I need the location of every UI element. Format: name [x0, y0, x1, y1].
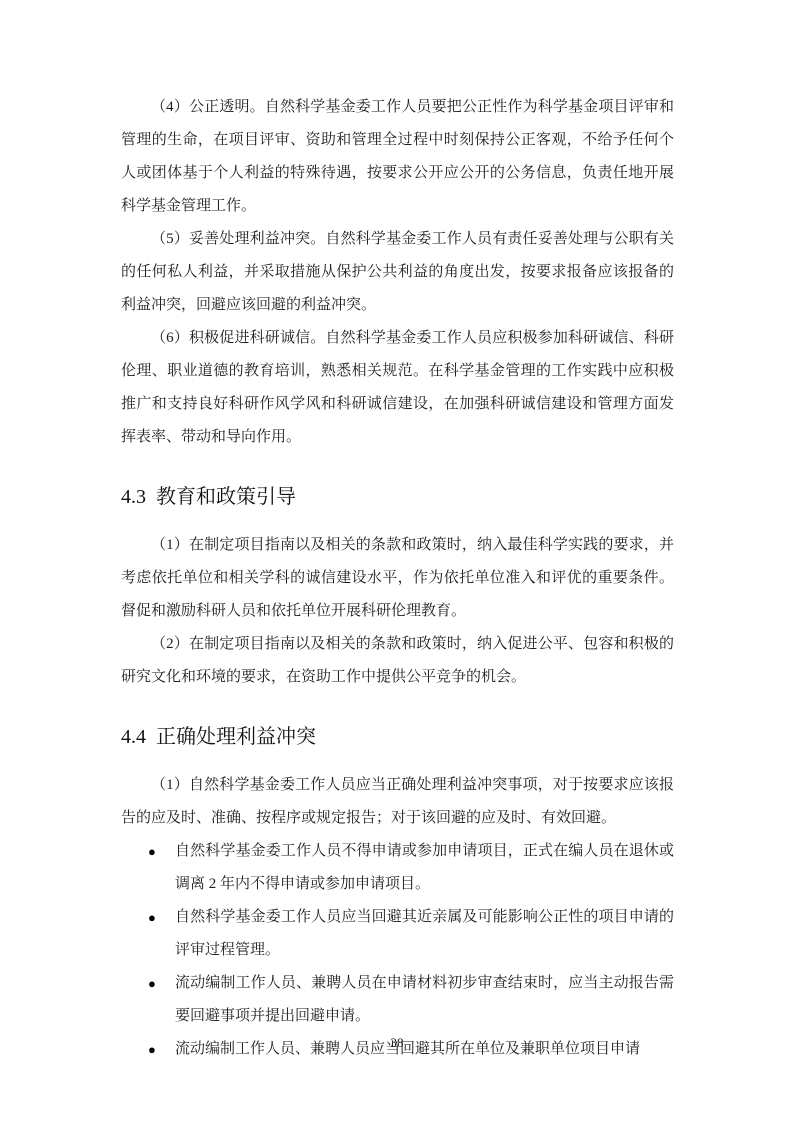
list-item-text: 自然科学基金委工作人员不得申请或参加申请项目，正式在编人员在退休或调离 2 年内…: [175, 843, 674, 892]
list-item-text: 自然科学基金委工作人员应当回避其近亲属及可能影响公正性的项目申请的评审过程管理。: [175, 909, 674, 958]
paragraph-4-3-1: （1）在制定项目指南以及相关的条款和政策时，纳入最佳科学实践的要求，并考虑依托单…: [121, 529, 674, 628]
section-heading-4-3: 4.3 教育和政策引导: [121, 482, 674, 512]
list-item: ● 自然科学基金委工作人员不得申请或参加申请项目，正式在编人员在退休或调离 2 …: [121, 835, 674, 901]
bullet-icon: ●: [148, 835, 156, 868]
paragraph-item-4: （4）公正透明。自然科学基金委工作人员要把公正性作为科学基金项目评审和管理的生命…: [121, 91, 674, 223]
paragraph-item-6: （6）积极促进科研诚信。自然科学基金委工作人员应积极参加科研诚信、科研伦理、职业…: [121, 322, 674, 454]
paragraph-item-5: （5）妥善处理利益冲突。自然科学基金委工作人员有责任妥善处理与公职有关的任何私人…: [121, 223, 674, 322]
section-heading-4-4: 4.4 正确处理利益冲突: [121, 722, 674, 752]
paragraph-4-4-1: （1）自然科学基金委工作人员应当正确处理利益冲突事项，对于按要求应该报告的应及时…: [121, 769, 674, 835]
document-page: （4）公正透明。自然科学基金委工作人员要把公正性作为科学基金项目评审和管理的生命…: [0, 0, 794, 1123]
list-item: ● 流动编制工作人员、兼聘人员在申请材料初步审查结束时，应当主动报告需要回避事项…: [121, 967, 674, 1033]
page-number: 38: [0, 1035, 794, 1051]
bullet-icon: ●: [148, 901, 156, 934]
list-item: ● 自然科学基金委工作人员应当回避其近亲属及可能影响公正性的项目申请的评审过程管…: [121, 901, 674, 967]
bullet-list: ● 自然科学基金委工作人员不得申请或参加申请项目，正式在编人员在退休或调离 2 …: [121, 835, 674, 1066]
bullet-icon: ●: [148, 967, 156, 1000]
paragraph-4-3-2: （2）在制定项目指南以及相关的条款和政策时，纳入促进公平、包容和积极的研究文化和…: [121, 628, 674, 694]
list-item-text: 流动编制工作人员、兼聘人员在申请材料初步审查结束时，应当主动报告需要回避事项并提…: [175, 975, 674, 1024]
